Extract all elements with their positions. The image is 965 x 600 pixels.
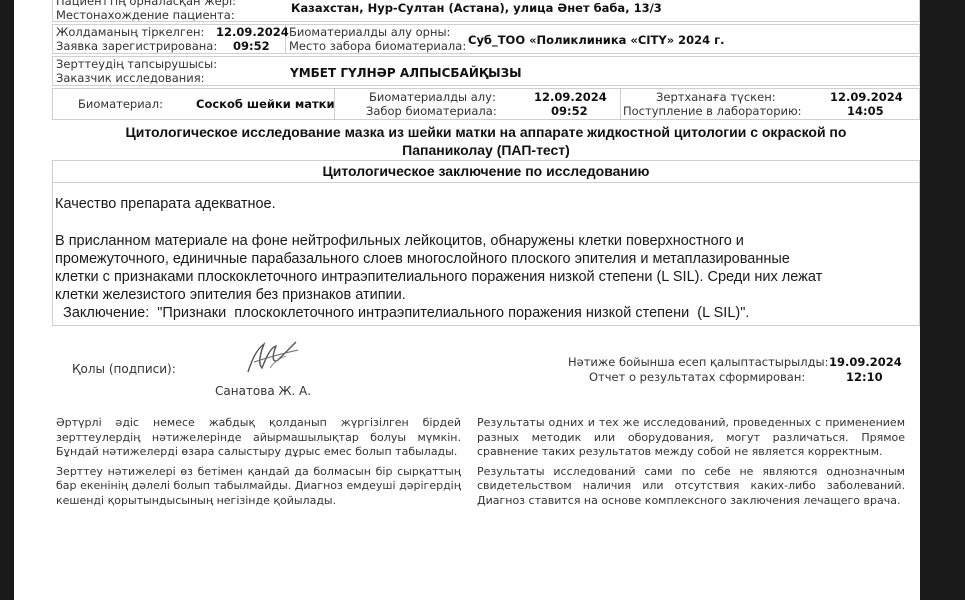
findings-line-3: клетки с признаками плоскоклеточного инт…: [55, 268, 822, 287]
disclaimer-ru-1: Результаты одних и тех же исследований, …: [477, 416, 905, 460]
report-formed-label-ru: Отчет о результатах сформирован:: [589, 370, 805, 384]
collection-place-label-kz: Биоматериалды алу орны:: [289, 25, 450, 39]
disclaimer-kz-1: Әртүрлі әдіс немесе жабдық қолданып жүрг…: [56, 416, 461, 460]
lab-received-label-kz: Зертханаға түскен:: [656, 90, 776, 104]
customer-label-ru: Заказчик исследования:: [56, 71, 205, 85]
biomaterial-label: Биоматериал:: [78, 97, 163, 111]
disclaimer-kz-2: Зерттеу нәтижелері өз бетімен қандай да …: [56, 465, 461, 509]
lab-received-date: 12.09.2024: [830, 90, 903, 104]
patient-location-label-ru: Местонахождение пациента:: [56, 8, 235, 22]
collection-place-label-ru: Место забора биоматериала:: [289, 39, 466, 53]
disclaimer-kz: Әртүрлі әдіс немесе жабдық қолданып жүрг…: [56, 416, 461, 513]
collection-label-ru: Забор биоматериала:: [366, 104, 497, 118]
report-formed-time: 12:10: [846, 370, 883, 384]
patient-location-label-kz: Пациенттің орналасқан жері:: [56, 0, 236, 8]
study-title-line1: Цитологическое исследование мазка из шей…: [52, 123, 920, 141]
patient-location-value: Казахстан, Нур-Султан (Астана), улица Ән…: [291, 1, 662, 15]
collection-date: 12.09.2024: [534, 90, 607, 104]
registered-label-kz: Жолдаманың тіркелген:: [56, 25, 204, 39]
collection-time: 09:52: [551, 104, 588, 118]
lab-received-time: 14:05: [847, 104, 884, 118]
report-formed-label-kz: Нәтиже бойынша есеп қалыптастырылды:: [568, 355, 829, 369]
customer-name: ҮМБЕТ ГҮЛНӘР АЛПЫСБАЙҚЫЗЫ: [290, 66, 522, 80]
findings-line-2: промежуточного, единичные парабазального…: [55, 250, 790, 269]
biomaterial-value: Соскоб шейки матки: [196, 97, 335, 111]
report-formed-date: 19.09.2024: [829, 355, 902, 369]
disclaimer-ru: Результаты одних и тех же исследований, …: [477, 416, 905, 513]
collection-label-kz: Биоматериалды алу:: [369, 90, 496, 104]
customer-label-kz: Зерттеудің тапсырушысы:: [56, 57, 217, 71]
collection-place-value: Суб_ТОО «Поликлиника «CITY» 2024 г.: [468, 33, 725, 47]
lab-report-page: Пациенттің орналасқан жері: Местонахожде…: [14, 0, 920, 600]
signature-label: Қолы (подписи):: [72, 362, 176, 376]
disclaimer-ru-2: Результаты исследований сами по себе не …: [477, 465, 905, 509]
signer-name: Санатова Ж. А.: [215, 384, 311, 398]
registered-date: 12.09.2024: [216, 25, 289, 39]
findings-line-4: клетки железистого эпителия без признако…: [55, 286, 406, 305]
signature-scribble-icon: [242, 338, 302, 376]
registered-label-ru: Заявка зарегистрирована:: [56, 39, 217, 53]
findings-line-1: В присланном материале на фоне нейтрофил…: [55, 232, 744, 251]
study-title-line2: Папаниколау (ПАП-тест): [52, 141, 920, 159]
registered-time: 09:52: [233, 39, 270, 53]
conclusion-header: Цитологическое заключение по исследовани…: [52, 162, 920, 180]
lab-received-label-ru: Поступление в лабораторию:: [623, 104, 802, 118]
quality-text: Качество препарата адекватное.: [55, 195, 276, 214]
conclusion-text: Заключение: "Признаки плоскоклеточного и…: [55, 304, 749, 323]
